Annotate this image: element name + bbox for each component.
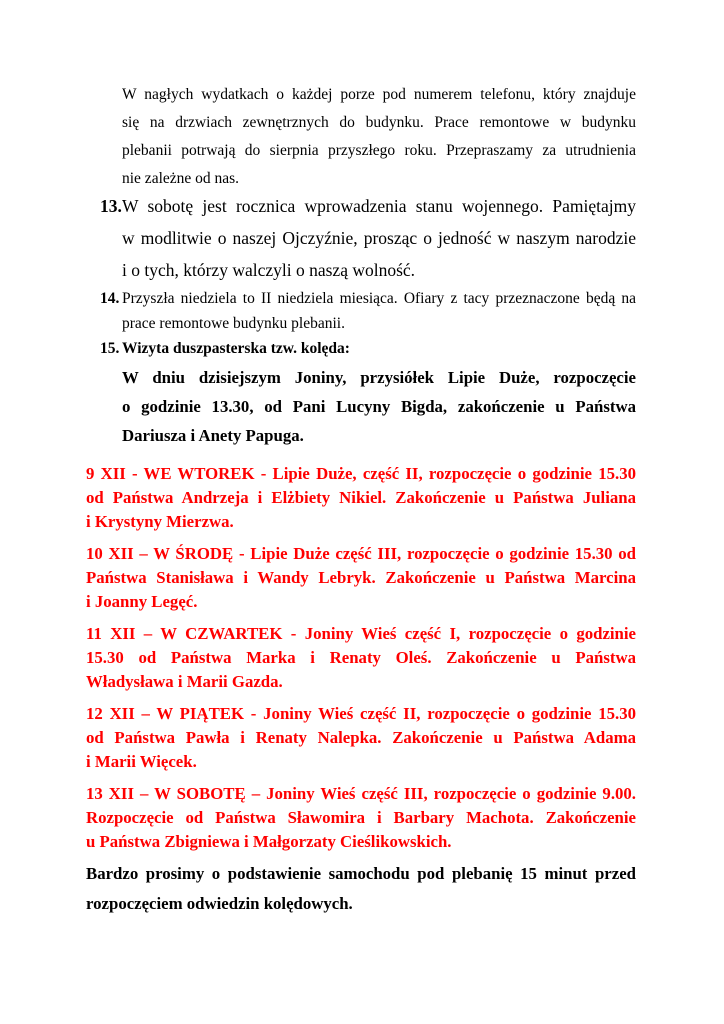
schedule-line: Władysława i Marii Gazda.: [86, 672, 283, 692]
item-13-line: w modlitwie o naszej Ojczyźnie, prosząc …: [122, 228, 636, 249]
item-13-line: W sobotę jest rocznica wprowadzenia stan…: [122, 196, 636, 217]
schedule-line: 10 XII – W ŚRODĘ - Lipie Duże część III,…: [86, 544, 636, 564]
item-14-line: Przyszła niedziela to II niedziela miesi…: [122, 290, 636, 308]
closing-line: Bardzo prosimy o podstawienie samochodu …: [86, 864, 636, 884]
list-number-14: 14.: [100, 290, 119, 308]
schedule-line: 12 XII – W PIĄTEK - Joniny Wieś część II…: [86, 704, 636, 724]
closing-line: rozpoczęciem odwiedzin kolędowych.: [86, 894, 353, 914]
list-number-15: 15.: [100, 340, 119, 358]
schedule-line: i Joanny Legęć.: [86, 592, 197, 612]
item-15-line: Dariusza i Anety Papuga.: [122, 426, 304, 446]
schedule-line: i Krystyny Mierzwa.: [86, 512, 234, 532]
list-number-13: 13.: [100, 196, 122, 217]
schedule-line: 15.30 od Państwa Marka i Renaty Oleś. Za…: [86, 648, 636, 668]
schedule-line: 13 XII – W SOBOTĘ – Joniny Wieś część II…: [86, 784, 636, 804]
paragraph-line: W nagłych wydatkach o każdej porze pod n…: [122, 86, 636, 104]
item-14-line: prace remontowe budynku plebanii.: [122, 315, 345, 333]
paragraph-line: plebanii potrwają do sierpnia przyszłego…: [122, 142, 636, 160]
item-15-line: W dniu dzisiejszym Joniny, przysiółek Li…: [122, 368, 636, 388]
item-15-line: o godzinie 13.30, od Pani Lucyny Bigda, …: [122, 397, 636, 417]
paragraph-line: się na drzwiach zewnętrznych do budynku.…: [122, 114, 636, 132]
schedule-line: u Państwa Zbigniewa i Małgorzaty Cieślik…: [86, 832, 451, 852]
schedule-line: i Marii Więcek.: [86, 752, 197, 772]
schedule-line: Państwa Stanisława i Wandy Lebryk. Zakoń…: [86, 568, 636, 588]
schedule-line: 9 XII - WE WTOREK - Lipie Duże, część II…: [86, 464, 636, 484]
paragraph-line: nie zależne od nas.: [122, 170, 239, 188]
schedule-line: od Państwa Andrzeja i Elżbiety Nikiel. Z…: [86, 488, 636, 508]
document-page: W nagłych wydatkach o każdej porze pod n…: [0, 0, 724, 1024]
schedule-line: od Państwa Pawła i Renaty Nalepka. Zakoń…: [86, 728, 636, 748]
item-13-line: i o tych, którzy walczyli o naszą wolnoś…: [122, 260, 415, 281]
schedule-line: 11 XII – W CZWARTEK - Joniny Wieś część …: [86, 624, 636, 644]
schedule-line: Rozpoczęcie od Państwa Sławomira i Barba…: [86, 808, 636, 828]
item-15-heading: Wizyta duszpasterska tzw. kolęda:: [122, 340, 350, 358]
